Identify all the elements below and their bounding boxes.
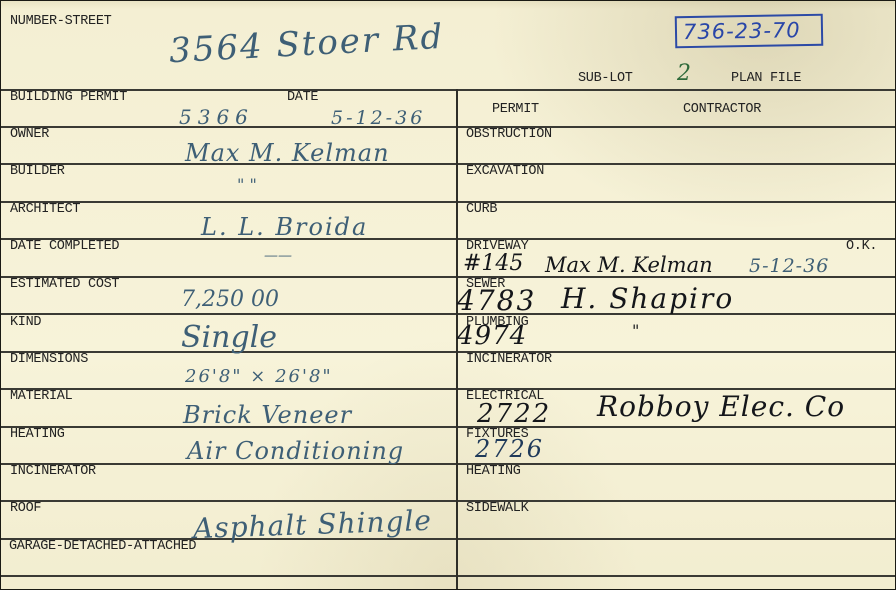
estimated-cost-label: ESTIMATED COST: [10, 277, 119, 293]
rule: [1, 313, 895, 315]
rule: [1, 575, 895, 577]
owner-label: OWNER: [10, 127, 49, 143]
ok-label: O.K.: [846, 239, 877, 255]
dimensions-value: 26'8" × 26'8": [185, 368, 333, 386]
builder-label: BUILDER: [10, 164, 65, 180]
rule: [1, 163, 895, 165]
driveway-contractor: Max M. Kelman: [545, 255, 713, 276]
architect-value: L. L. Broida: [201, 215, 368, 239]
rule: [1, 426, 895, 428]
incinerator-label: INCINERATOR: [10, 464, 96, 480]
sub-lot-value: 2: [677, 63, 691, 85]
card-number: 736-23-70: [683, 18, 801, 44]
date-completed-label: DATE COMPLETED: [10, 239, 119, 255]
sewer-permit: 4783: [457, 287, 536, 315]
plumbing-permit: 4974: [457, 323, 527, 349]
number-street-value: 3564 Stoer Rd: [168, 20, 445, 68]
electrical-contractor: Robboy Elec. Co: [597, 393, 845, 421]
obstruction-label: OBSTRUCTION: [466, 127, 552, 143]
building-permit-value: 5366: [179, 107, 254, 127]
rule: [1, 238, 895, 240]
building-permit-label: BUILDING PERMIT: [10, 90, 127, 106]
sub-lot-label: SUB-LOT: [578, 71, 633, 87]
rule: [1, 89, 895, 91]
builder-value: " ": [237, 177, 257, 193]
rule: [1, 126, 895, 128]
roof-label: ROOF: [10, 501, 41, 517]
heating-permit-label: HEATING: [466, 464, 521, 480]
estimated-cost-value: 7,250 00: [181, 289, 279, 311]
kind-value: Single: [181, 323, 277, 353]
electrical-permit: 2722: [477, 401, 551, 427]
fixtures-permit: 2726: [475, 437, 544, 461]
plumbing-contractor: ": [632, 323, 639, 339]
rule: [1, 351, 895, 353]
plan-file-label: PLAN FILE: [731, 71, 801, 87]
date-value: 5-12-36: [331, 109, 425, 128]
kind-label: KIND: [10, 315, 41, 331]
architect-label: ARCHITECT: [10, 202, 80, 218]
heating-label: HEATING: [10, 427, 65, 443]
number-street-label: NUMBER-STREET: [10, 14, 111, 30]
permit-card: 736-23-70 NUMBER-STREET 3564 Stoer Rd SU…: [1, 1, 895, 589]
roof-value: Asphalt Shingle: [193, 507, 433, 543]
sidewalk-label: SIDEWALK: [466, 501, 528, 517]
heating-value: Air Conditioning: [187, 439, 404, 463]
card-number-stamp: 736-23-70: [675, 14, 824, 49]
permit-header: PERMIT: [492, 102, 539, 118]
material-label: MATERIAL: [10, 389, 72, 405]
curb-label: CURB: [466, 202, 497, 218]
owner-value: Max M. Kelman: [185, 141, 390, 165]
dimensions-label: DIMENSIONS: [10, 352, 88, 368]
rule: [1, 500, 895, 502]
material-value: Brick Veneer: [183, 403, 352, 427]
excavation-label: EXCAVATION: [466, 164, 544, 180]
rule: [1, 201, 895, 203]
date-label: DATE: [287, 90, 318, 106]
sewer-contractor: H. Shapiro: [561, 285, 734, 313]
driveway-date: 5-12-36: [749, 257, 829, 276]
rule: [1, 463, 895, 465]
contractor-header: CONTRACTOR: [683, 102, 761, 118]
date-completed-value: ——: [264, 249, 292, 263]
incinerator-permit-label: INCINERATOR: [466, 352, 552, 368]
garage-label: GARAGE-DETACHED-ATTACHED: [9, 539, 196, 555]
driveway-permit: #145: [463, 253, 523, 275]
